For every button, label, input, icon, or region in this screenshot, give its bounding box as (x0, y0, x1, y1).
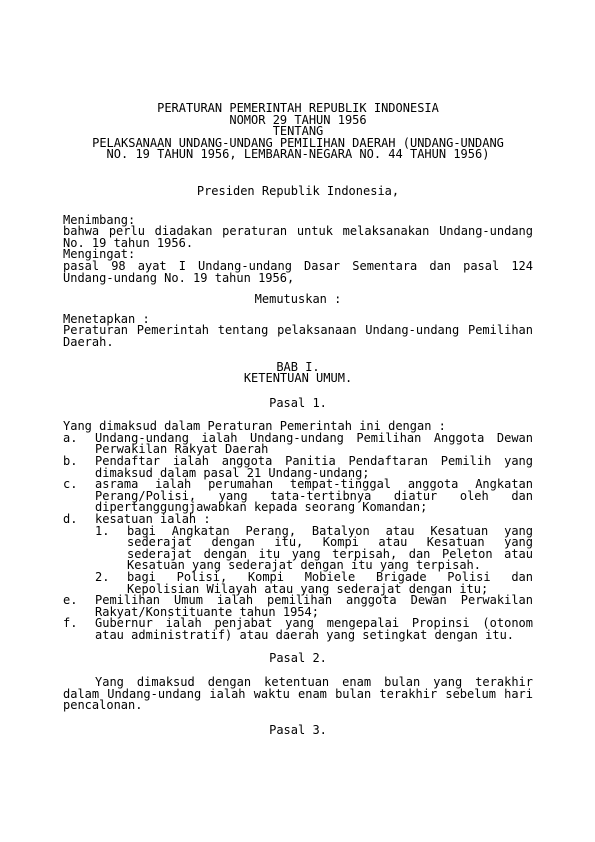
mengingat-text-2: Undang-undang No. 19 tahun 1956, (63, 273, 533, 285)
item-c-line-1-label: c. (63, 479, 77, 491)
pasal-2-text-3-text: pencalonan. (63, 698, 142, 712)
item-d1-line-1-label: 1. (95, 526, 109, 538)
menetapkan-text-2: Daerah. (63, 337, 533, 349)
pasal-3-heading-text: Pasal 3. (269, 723, 327, 737)
bab-subheading: KETENTUAN UMUM. (63, 373, 533, 385)
bab-subheading-text: KETENTUAN UMUM. (244, 371, 352, 385)
item-a-line-1-label: a. (63, 433, 77, 445)
item-f-line-1-label: f. (63, 618, 77, 630)
menetapkan-text-1-text: Peraturan Pemerintah tentang pelaksanaan… (63, 323, 533, 337)
pasal-2-text-3: pencalonan. (63, 700, 533, 712)
item-f-line-2-text: atau administratif) atau daerah yang set… (95, 628, 514, 642)
item-d2-line-1-label: 2. (95, 572, 109, 584)
item-d-line-1-label: d. (63, 514, 77, 526)
pasal-2-heading-text: Pasal 2. (269, 651, 327, 665)
salutation-text: Presiden Republik Indonesia, (197, 184, 399, 198)
title-line-5: NO. 19 TAHUN 1956, LEMBARAN-NEGARA NO. 4… (63, 149, 533, 161)
salutation: Presiden Republik Indonesia, (63, 186, 533, 198)
mengingat-text-2-text: Undang-undang No. 19 tahun 1956, (63, 271, 294, 285)
item-f-line-2: atau administratif) atau daerah yang set… (95, 630, 533, 642)
memutuskan-heading-text: Memutuskan : (255, 292, 342, 306)
item-e-line-1-label: e. (63, 595, 77, 607)
pasal-3-heading: Pasal 3. (63, 725, 533, 737)
document-text-column: PERATURAN PEMERINTAH REPUBLIK INDONESIAN… (63, 103, 533, 737)
document-page: PERATURAN PEMERINTAH REPUBLIK INDONESIAN… (0, 0, 595, 842)
menetapkan-text-1: Peraturan Pemerintah tentang pelaksanaan… (63, 325, 533, 337)
memutuskan-heading: Memutuskan : (63, 294, 533, 306)
item-b-line-1-label: b. (63, 456, 77, 468)
pasal-1-heading: Pasal 1. (63, 398, 533, 410)
pasal-1-heading-text: Pasal 1. (269, 396, 327, 410)
menetapkan-text-2-text: Daerah. (63, 335, 114, 349)
title-line-5-text: NO. 19 TAHUN 1956, LEMBARAN-NEGARA NO. 4… (107, 147, 490, 161)
pasal-2-heading: Pasal 2. (63, 653, 533, 665)
